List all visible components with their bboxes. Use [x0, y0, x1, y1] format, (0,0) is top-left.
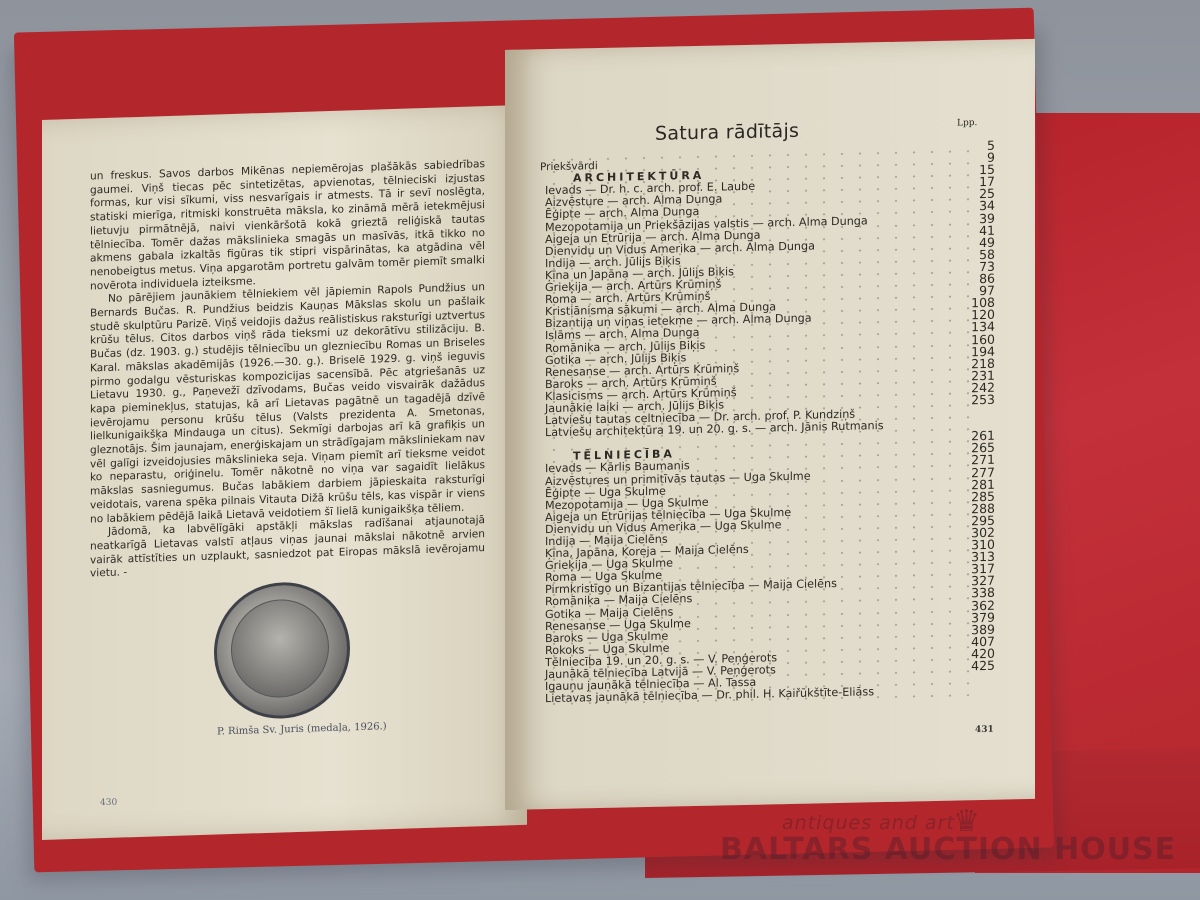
figure-caption: P. Rimša Sv. Juris (medaļa, 1926.) — [217, 721, 387, 737]
paragraph: No pārējiem jaunākiem tēlniekiem vēl jāp… — [90, 281, 485, 526]
right-page: Satura rādītājs Lpp. 5Priekšvārdi9ARCHIT… — [505, 39, 1035, 810]
page-number: 430 — [100, 798, 117, 809]
st-george-relief — [231, 598, 329, 699]
page-title: Satura rādītājs — [655, 120, 799, 145]
paragraph: Jādomā, ka labvēlīgāki apstākļi mākslas … — [90, 514, 485, 581]
left-page: un freskus. Savos darbos Mikēnas nepiemē… — [42, 105, 527, 840]
page-number: 431 — [975, 725, 994, 735]
watermark-brand: BALTARS AUCTION HOUSE — [720, 832, 1176, 867]
watermark-tagline: antiques and art — [782, 812, 955, 834]
toc-entry-page: 425 — [971, 660, 995, 673]
left-page-body: un freskus. Savos darbos Mikēnas nepiemē… — [90, 158, 485, 582]
table-of-contents: 5Priekšvārdi9ARCHITEKTŪRA15Ievads — Dr. … — [545, 140, 965, 705]
toc-entry-page: 253 — [971, 394, 995, 407]
medal-image — [214, 580, 350, 720]
page-column-label: Lpp. — [957, 118, 977, 128]
paragraph: un freskus. Savos darbos Mikēnas nepiemē… — [90, 158, 485, 294]
